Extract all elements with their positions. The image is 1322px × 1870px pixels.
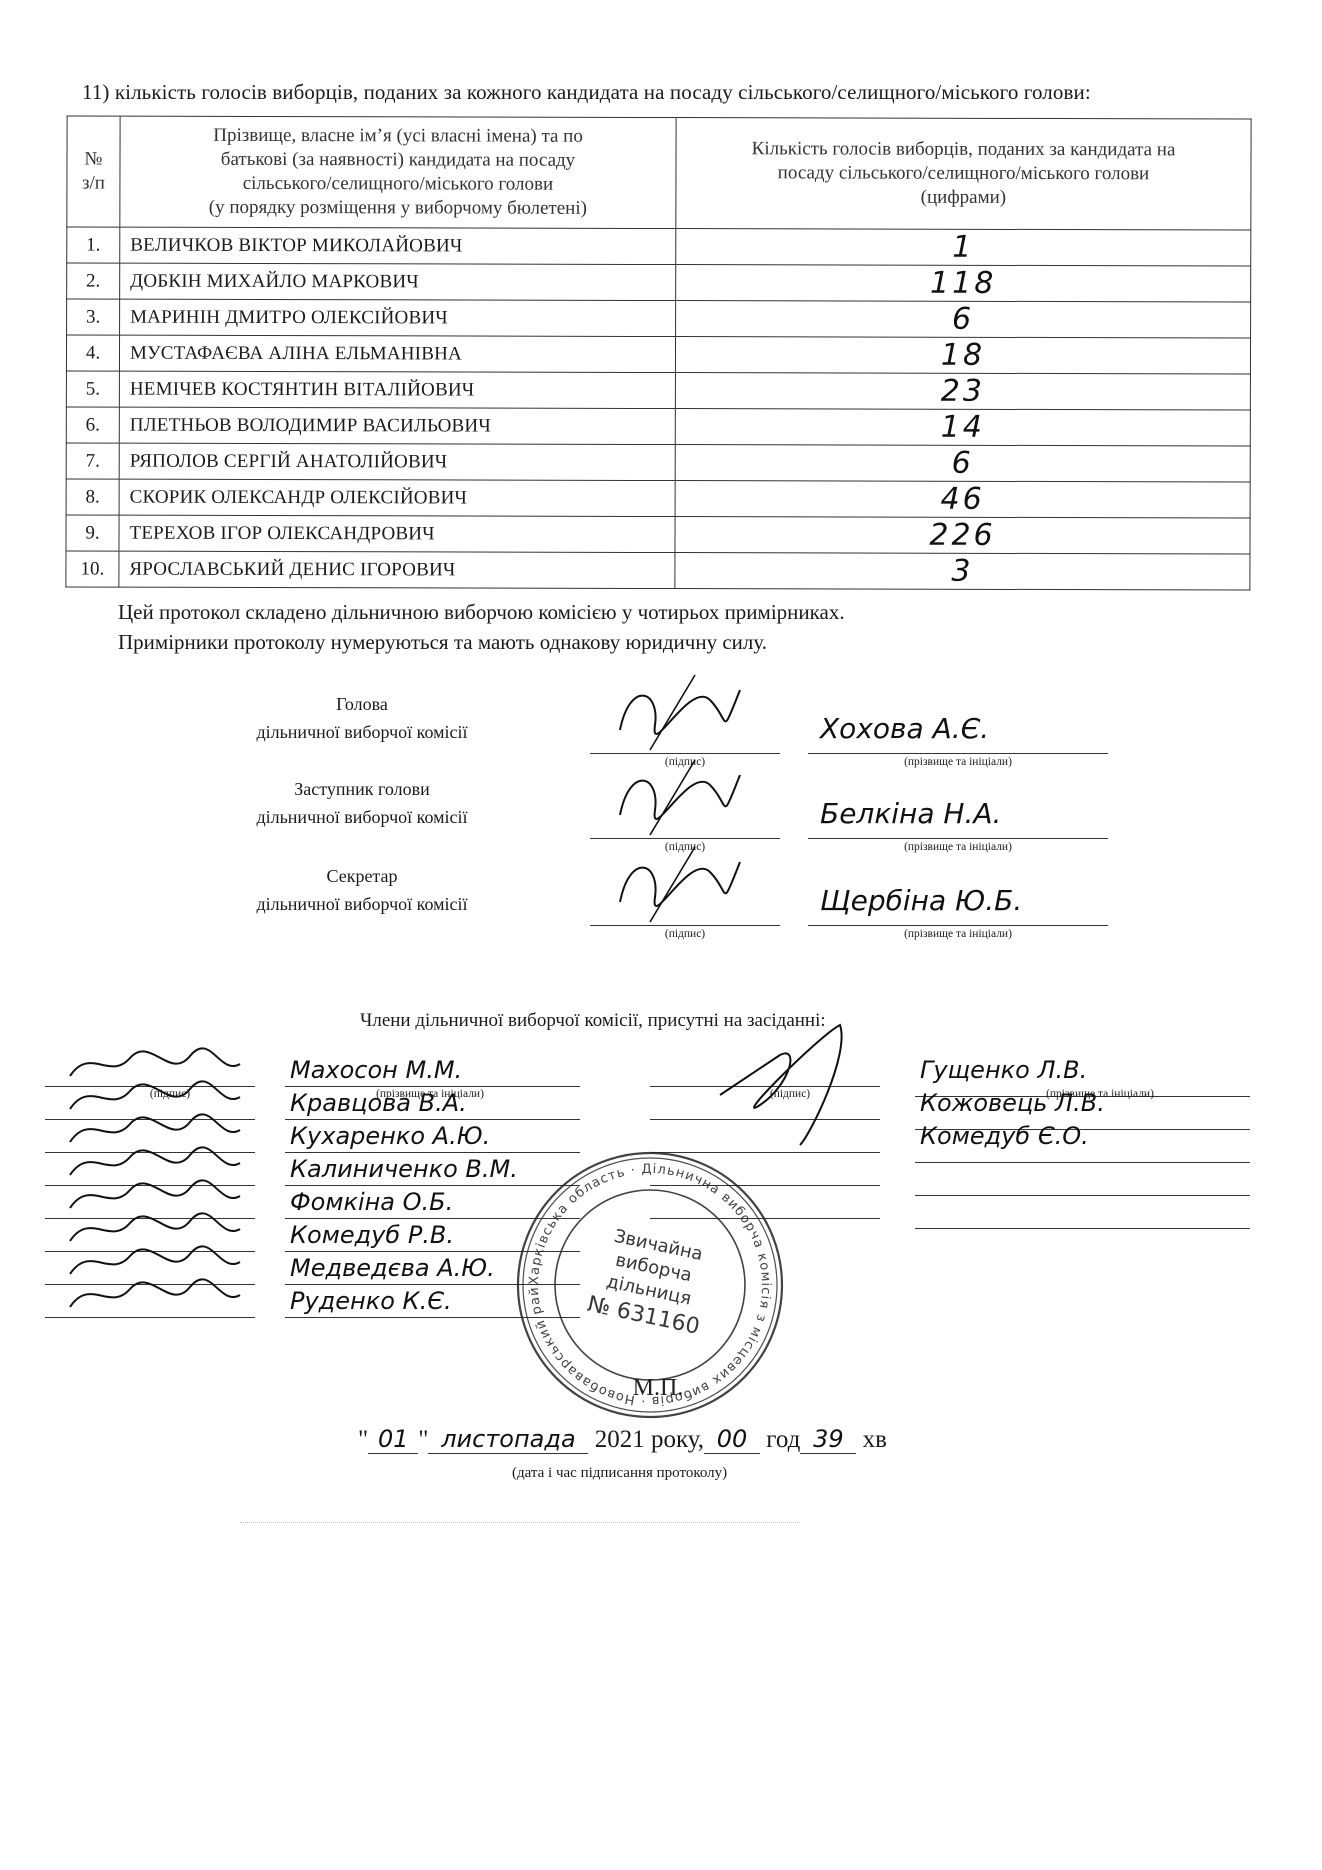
candidate-name: МУСТАФАЄВА АЛІНА ЕЛЬМАНІВНА (119, 335, 675, 372)
member-signature-caption: (підпис) (120, 1088, 220, 1100)
signature-caption: (підпис) (590, 928, 780, 940)
vote-count: 46 (675, 481, 1250, 519)
header-candidate-name: Прізвище, власне ім’я (усі власні імена)… (120, 116, 676, 228)
table-row: 9.ТЕРЕХОВ ІГОР ОЛЕКСАНДРОВИЧ226 (66, 515, 1250, 554)
candidate-name: ТЕРЕХОВ ІГОР ОЛЕКСАНДРОВИЧ (119, 515, 675, 552)
candidate-number: 5. (66, 371, 119, 407)
signature-icon (600, 755, 760, 845)
official-name: Щербіна Ю.Б. (820, 884, 1022, 917)
candidate-number: 9. (66, 515, 119, 551)
header-number: № з/п (67, 116, 120, 227)
statement-line-2: Примірники протоколу нумеруються та мают… (118, 630, 767, 655)
table-row: 3.МАРИНІН ДМИТРО ОЛЕКСІЙОВИЧ6 (67, 299, 1251, 338)
vote-count: 23 (675, 373, 1250, 411)
member-name-line (285, 1119, 580, 1120)
signing-caption: (дата і час підписання протоколу) (512, 1465, 727, 1482)
name-line (808, 838, 1108, 839)
member-signature-icon (60, 1277, 260, 1317)
member-signature-icon (700, 1015, 860, 1155)
signing-datetime: "01"листопада 2021 року,00 год39 хв (358, 1425, 887, 1454)
member-name: Фомкіна О.Б. (290, 1188, 453, 1216)
candidate-name: ВЕЛИЧКОВ ВІКТОР МИКОЛАЙОВИЧ (120, 227, 676, 264)
candidate-name: СКОРИК ОЛЕКСАНДР ОЛЕКСІЙОВИЧ (119, 479, 675, 516)
svg-text:Харківська область · Дільнична: Харківська область · Дільнична виборча к… (510, 1145, 773, 1408)
member-name-line (915, 1162, 1250, 1163)
table-row: 2.ДОБКІН МИХАЙЛО МАРКОВИЧ118 (67, 263, 1251, 302)
signature-line (590, 838, 780, 839)
table-row: 6.ПЛЕТНЬОВ ВОЛОДИМИР ВАСИЛЬОВИЧ14 (66, 407, 1250, 446)
candidate-number: 8. (66, 479, 119, 515)
member-name-line (285, 1086, 580, 1087)
member-name: Медведєва А.Ю. (290, 1254, 495, 1282)
candidate-name: РЯПОЛОВ СЕРГІЙ АНАТОЛІЙОВИЧ (119, 443, 675, 480)
table-row: 8.СКОРИК ОЛЕКСАНДР ОЛЕКСІЙОВИЧ46 (66, 479, 1250, 518)
official-name: Хохова А.Є. (820, 712, 989, 745)
name-line (808, 753, 1108, 754)
signing-hours: 00 (704, 1425, 760, 1454)
member-name-caption: (прізвище та ініціали) (330, 1088, 530, 1100)
votes-table: № з/п Прізвище, власне ім’я (усі власні … (65, 115, 1251, 590)
signing-minutes: 39 (800, 1425, 856, 1454)
signature-icon (600, 670, 760, 760)
member-name: Руденко К.Є. (290, 1287, 452, 1315)
candidate-number: 2. (67, 263, 120, 299)
candidate-number: 3. (67, 299, 120, 335)
scan-artifact-line (240, 1522, 800, 1523)
name-caption: (прізвище та ініціали) (808, 928, 1108, 940)
official-name: Белкіна Н.А. (820, 797, 1001, 830)
official-role: Голова дільничної виборчої комісії (192, 690, 532, 746)
signature-icon (600, 842, 760, 932)
stamp-outer-text: Харківська область · Дільнична виборча к… (510, 1145, 773, 1408)
member-name: Комедуб Р.В. (290, 1221, 454, 1249)
name-caption: (прізвище та ініціали) (808, 841, 1108, 853)
table-row: 7.РЯПОЛОВ СЕРГІЙ АНАТОЛІЙОВИЧ6 (66, 443, 1250, 482)
official-stamp-icon: Харківська область · Дільнична виборча к… (510, 1145, 790, 1425)
signature-line (590, 753, 780, 754)
candidate-name: НЕМІЧЕВ КОСТЯНТИН ВІТАЛІЙОВИЧ (119, 371, 675, 408)
vote-count: 1 (676, 229, 1251, 267)
member-name: Комедуб Є.О. (920, 1122, 1089, 1150)
table-header-row: № з/п Прізвище, власне ім’я (усі власні … (67, 116, 1251, 230)
member-signature-line (45, 1317, 255, 1318)
statement-line-1: Цей протокол складено дільничною виборчо… (118, 600, 845, 625)
member-name: Калиниченко В.М. (290, 1155, 518, 1183)
member-name-line (915, 1228, 1250, 1229)
table-row: 1.ВЕЛИЧКОВ ВІКТОР МИКОЛАЙОВИЧ1 (67, 227, 1251, 266)
table-row: 10.ЯРОСЛАВСЬКИЙ ДЕНИС ІГОРОВИЧ3 (66, 551, 1250, 590)
signing-day: 01 (368, 1425, 418, 1454)
table-row: 5.НЕМІЧЕВ КОСТЯНТИН ВІТАЛІЙОВИЧ23 (66, 371, 1250, 410)
candidate-name: ЯРОСЛАВСЬКИЙ ДЕНИС ІГОРОВИЧ (119, 551, 675, 588)
member-name-caption: (прізвище та ініціали) (1000, 1088, 1200, 1100)
vote-count: 14 (675, 409, 1250, 447)
vote-count: 226 (675, 517, 1250, 555)
candidate-number: 1. (67, 227, 120, 263)
member-signature-caption: (підпис) (740, 1088, 840, 1100)
vote-count: 3 (675, 553, 1250, 591)
candidate-name: ДОБКІН МИХАЙЛО МАРКОВИЧ (120, 263, 676, 300)
votes-table-body: 1.ВЕЛИЧКОВ ВІКТОР МИКОЛАЙОВИЧ12.ДОБКІН М… (66, 227, 1251, 590)
name-caption: (прізвище та ініціали) (808, 756, 1108, 768)
candidate-name: МАРИНІН ДМИТРО ОЛЕКСІЙОВИЧ (120, 299, 676, 336)
vote-count: 6 (675, 445, 1250, 483)
signature-line (590, 925, 780, 926)
signing-year: 2021 року, (595, 1426, 704, 1453)
name-line (808, 925, 1108, 926)
candidate-number: 6. (66, 407, 119, 443)
candidate-number: 10. (66, 551, 119, 587)
member-name: Гущенко Л.В. (920, 1056, 1087, 1084)
official-role: Секретар дільничної виборчої комісії (192, 862, 532, 918)
member-name: Кухаренко А.Ю. (290, 1122, 490, 1150)
stamp-mp-label: М.П. (633, 1375, 684, 1401)
table-row: 4.МУСТАФАЄВА АЛІНА ЕЛЬМАНІВНА18 (66, 335, 1250, 374)
candidate-number: 7. (66, 443, 119, 479)
candidate-name: ПЛЕТНЬОВ ВОЛОДИМИР ВАСИЛЬОВИЧ (119, 407, 675, 444)
vote-count: 6 (676, 301, 1251, 339)
member-name-line (915, 1195, 1250, 1196)
header-vote-count: Кількість голосів виборців, поданих за к… (676, 118, 1251, 231)
candidate-number: 4. (66, 335, 119, 371)
vote-count: 118 (676, 265, 1251, 303)
signing-month: листопада (428, 1425, 588, 1454)
official-role: Заступник голови дільничної виборчої ком… (192, 775, 532, 831)
member-name: Махосон М.М. (290, 1056, 462, 1084)
vote-count: 18 (675, 337, 1250, 375)
section-heading: 11) кількість голосів виборців, поданих … (82, 80, 1091, 105)
